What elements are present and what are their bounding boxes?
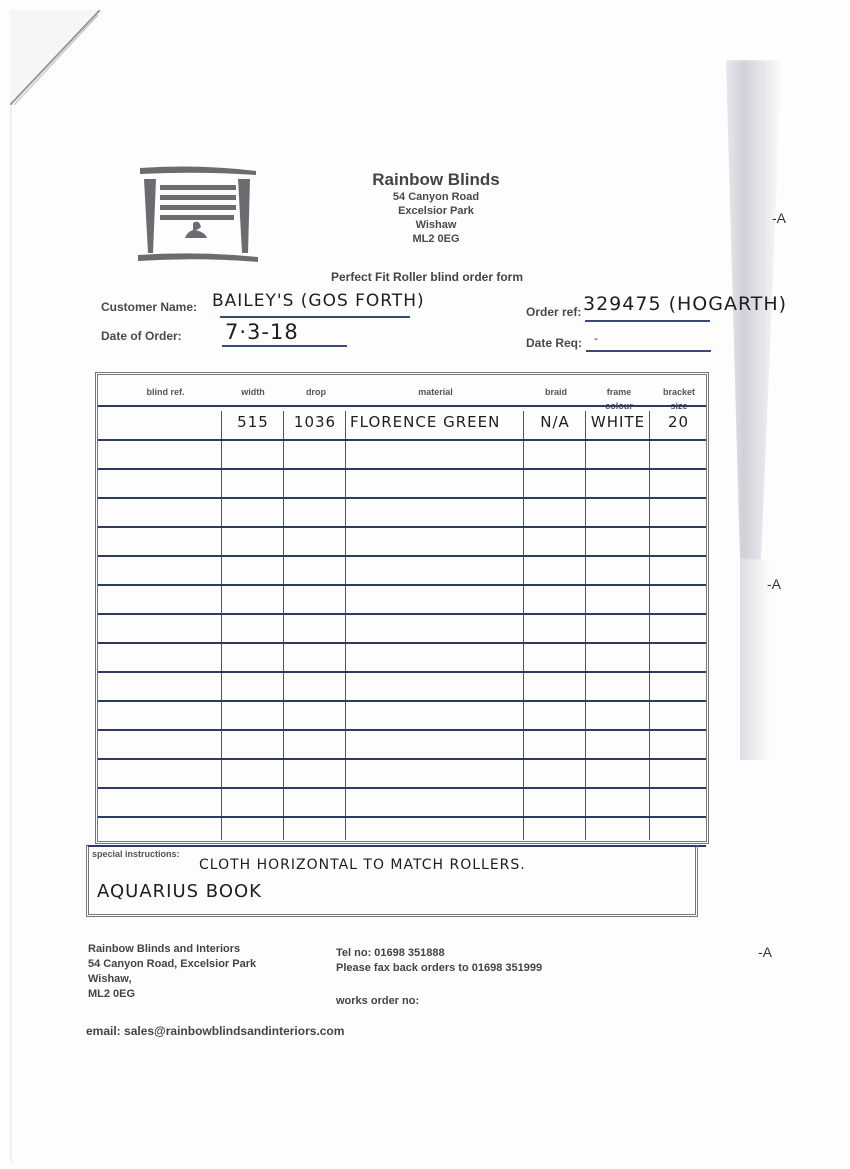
table-cell-width[interactable] (226, 529, 280, 552)
table-cell-material[interactable] (350, 761, 520, 784)
table-cell-material[interactable] (350, 558, 520, 581)
table-cell-blind-ref[interactable] (103, 413, 218, 436)
row-divider (98, 526, 706, 528)
footer-email[interactable]: email: sales@rainbowblindsandinteriors.c… (86, 1024, 344, 1039)
table-cell-width[interactable] (226, 558, 280, 581)
company-address-line: Excelsior Park (336, 204, 536, 218)
table-cell-drop[interactable] (288, 761, 342, 784)
row-divider (98, 468, 706, 470)
folded-corner (10, 10, 100, 105)
header-divider (98, 405, 706, 407)
table-cell-frame-colour[interactable] (590, 645, 646, 668)
table-cell-bracket-size[interactable] (654, 587, 703, 610)
table-cell-braid[interactable] (528, 529, 582, 552)
table-cell-frame-colour[interactable] (590, 587, 646, 610)
column-header-bracket-size: bracket size (654, 385, 704, 413)
margin-mark: -A (767, 576, 781, 592)
table-cell-width[interactable]: 515 (226, 413, 280, 436)
table-cell-drop[interactable]: 1036 (288, 413, 342, 436)
table-cell-material[interactable] (350, 442, 520, 465)
table-cell-drop[interactable] (288, 529, 342, 552)
table-cell-drop[interactable] (288, 500, 342, 523)
table-cell-frame-colour[interactable] (590, 471, 646, 494)
table-cell-braid[interactable] (528, 442, 582, 465)
table-cell-braid[interactable] (528, 819, 582, 842)
table-cell-frame-colour[interactable] (590, 790, 646, 813)
special-instructions-label: special instructions: (92, 849, 180, 859)
table-cell-bracket-size[interactable]: 20 (654, 413, 703, 436)
company-address-line: Wishaw (336, 218, 536, 232)
footer-company-line: Rainbow Blinds and Interiors (88, 942, 256, 957)
table-cell-width[interactable] (226, 819, 280, 842)
table-cell-blind-ref[interactable] (103, 558, 218, 581)
table-cell-bracket-size[interactable] (654, 732, 703, 755)
table-cell-braid[interactable] (528, 790, 582, 813)
table-cell-braid[interactable] (528, 587, 582, 610)
column-header-material: material (348, 385, 523, 399)
table-cell-braid[interactable] (528, 761, 582, 784)
table-cell-blind-ref[interactable] (103, 703, 218, 726)
table-cell-width[interactable] (226, 790, 280, 813)
row-divider (98, 642, 706, 644)
row-divider (98, 787, 706, 789)
table-cell-blind-ref[interactable] (103, 616, 218, 639)
table-cell-width[interactable] (226, 732, 280, 755)
table-cell-material[interactable] (350, 645, 520, 668)
table-cell-bracket-size[interactable] (654, 471, 703, 494)
order-ref-value[interactable]: 329475 (HOGARTH) (583, 293, 787, 315)
table-cell-drop[interactable] (288, 442, 342, 465)
table-cell-width[interactable] (226, 674, 280, 697)
table-cell-braid[interactable]: N/A (528, 413, 582, 436)
table-cell-blind-ref[interactable] (103, 819, 218, 842)
customer-name-underline (220, 316, 410, 318)
table-cell-material[interactable] (350, 732, 520, 755)
table-cell-width[interactable] (226, 703, 280, 726)
table-cell-drop[interactable] (288, 558, 342, 581)
table-cell-material[interactable] (350, 500, 520, 523)
footer-company-line: Wishaw, (88, 972, 256, 987)
table-cell-blind-ref[interactable] (103, 471, 218, 494)
table-cell-frame-colour[interactable] (590, 616, 646, 639)
form-title: Perfect Fit Roller blind order form (331, 270, 523, 284)
page-edge (10, 12, 12, 1162)
special-instructions-line[interactable]: AQUARIUS BOOK (97, 881, 262, 902)
margin-mark: -A (772, 210, 786, 226)
table-cell-drop[interactable] (288, 587, 342, 610)
table-cell-braid[interactable] (528, 471, 582, 494)
column-divider (649, 411, 650, 840)
table-cell-frame-colour[interactable] (590, 500, 646, 523)
table-cell-bracket-size[interactable] (654, 500, 703, 523)
table-cell-frame-colour[interactable] (590, 674, 646, 697)
table-cell-frame-colour[interactable] (590, 703, 646, 726)
table-cell-width[interactable] (226, 442, 280, 465)
table-cell-braid[interactable] (528, 674, 582, 697)
table-cell-material[interactable] (350, 790, 520, 813)
table-cell-bracket-size[interactable] (654, 645, 703, 668)
table-cell-drop[interactable] (288, 819, 342, 842)
table-cell-bracket-size[interactable] (654, 674, 703, 697)
date-of-order-value[interactable]: 7·3-18 (225, 320, 299, 344)
footer-company-line: ML2 0EG (88, 987, 256, 1002)
table-cell-frame-colour[interactable] (590, 558, 646, 581)
table-cell-drop[interactable] (288, 645, 342, 668)
date-of-order-label: Date of Order: (101, 329, 182, 343)
scan-shadow (740, 560, 770, 760)
date-of-order-underline (222, 345, 347, 347)
date-req-label: Date Req: (526, 336, 582, 350)
table-cell-frame-colour[interactable] (590, 761, 646, 784)
table-cell-frame-colour[interactable]: WHITE (590, 413, 646, 436)
table-cell-blind-ref[interactable] (103, 732, 218, 755)
row-divider (98, 816, 706, 818)
table-cell-blind-ref[interactable] (103, 500, 218, 523)
table-cell-drop[interactable] (288, 471, 342, 494)
row-divider (98, 439, 706, 441)
row-divider (98, 584, 706, 586)
table-cell-width[interactable] (226, 761, 280, 784)
table-cell-blind-ref[interactable] (103, 790, 218, 813)
special-instructions-line[interactable]: CLOTH HORIZONTAL TO MATCH ROLLERS. (199, 857, 526, 873)
column-header-drop: drop (286, 385, 346, 399)
table-cell-material[interactable] (350, 703, 520, 726)
table-cell-material[interactable] (350, 819, 520, 842)
table-cell-bracket-size[interactable] (654, 761, 703, 784)
table-cell-width[interactable] (226, 616, 280, 639)
date-req-underline (586, 350, 711, 352)
table-cell-material[interactable] (350, 674, 520, 697)
table-cell-blind-ref[interactable] (103, 761, 218, 784)
company-address-line: ML2 0EG (336, 232, 536, 246)
customer-name-value[interactable]: BAILEY'S (GOS FORTH) (212, 291, 425, 311)
footer-tel: Tel no: 01698 351888 (336, 946, 542, 961)
column-divider (283, 411, 284, 840)
table-cell-material[interactable]: FLORENCE GREEN (350, 413, 520, 436)
special-instructions-box: special instructions: CLOTH HORIZONTAL T… (86, 845, 698, 917)
table-cell-blind-ref[interactable] (103, 442, 218, 465)
column-header-blind-ref: blind ref. (118, 385, 213, 399)
table-cell-frame-colour[interactable] (590, 529, 646, 552)
table-cell-material[interactable] (350, 529, 520, 552)
table-cell-drop[interactable] (288, 616, 342, 639)
column-divider (523, 411, 524, 840)
table-cell-bracket-size[interactable] (654, 819, 703, 842)
row-divider (98, 613, 706, 615)
table-cell-drop[interactable] (288, 674, 342, 697)
table-cell-width[interactable] (226, 645, 280, 668)
table-cell-bracket-size[interactable] (654, 790, 703, 813)
table-cell-braid[interactable] (528, 732, 582, 755)
table-cell-blind-ref[interactable] (103, 587, 218, 610)
order-ref-underline (585, 320, 710, 322)
company-header: Rainbow Blinds 54 Canyon Road Excelsior … (336, 170, 536, 246)
table-cell-frame-colour[interactable] (590, 442, 646, 465)
column-header-frame-colour: frame colour (592, 385, 646, 413)
table-cell-width[interactable] (226, 587, 280, 610)
footer-company-line: 54 Canyon Road, Excelsior Park (88, 957, 256, 972)
table-cell-braid[interactable] (528, 645, 582, 668)
column-divider (345, 411, 346, 840)
customer-name-label: Customer Name: (101, 300, 197, 314)
column-divider (221, 411, 222, 840)
date-req-value[interactable]: - (594, 332, 599, 345)
table-cell-blind-ref[interactable] (103, 529, 218, 552)
table-cell-bracket-size[interactable] (654, 442, 703, 465)
footer-contact: Tel no: 01698 351888 Please fax back ord… (336, 946, 542, 976)
table-cell-frame-colour[interactable] (590, 819, 646, 842)
order-ref-label: Order ref: (526, 305, 581, 319)
row-divider (98, 729, 706, 731)
table-cell-material[interactable] (350, 616, 520, 639)
table-cell-blind-ref[interactable] (103, 645, 218, 668)
table-cell-blind-ref[interactable] (103, 674, 218, 697)
row-divider (98, 758, 706, 760)
company-name: Rainbow Blinds (336, 170, 536, 190)
row-divider (98, 700, 706, 702)
works-order-label: works order no: (336, 994, 419, 1009)
company-logo-icon (138, 165, 258, 265)
table-cell-bracket-size[interactable] (654, 558, 703, 581)
table-cell-braid[interactable] (528, 703, 582, 726)
row-divider (98, 555, 706, 557)
table-cell-bracket-size[interactable] (654, 529, 703, 552)
row-divider (98, 671, 706, 673)
column-header-braid: braid (526, 385, 586, 399)
table-cell-width[interactable] (226, 471, 280, 494)
footer-company-address: Rainbow Blinds and Interiors 54 Canyon R… (88, 942, 256, 1002)
table-cell-drop[interactable] (288, 703, 342, 726)
table-cell-drop[interactable] (288, 790, 342, 813)
footer-fax: Please fax back orders to 01698 351999 (336, 961, 542, 976)
table-cell-braid[interactable] (528, 500, 582, 523)
column-divider (585, 411, 586, 840)
company-address-line: 54 Canyon Road (336, 190, 536, 204)
table-cell-braid[interactable] (528, 558, 582, 581)
table-cell-drop[interactable] (288, 732, 342, 755)
table-cell-braid[interactable] (528, 616, 582, 639)
table-cell-bracket-size[interactable] (654, 616, 703, 639)
table-cell-width[interactable] (226, 500, 280, 523)
table-cell-material[interactable] (350, 471, 520, 494)
margin-mark: -A (758, 944, 772, 960)
table-cell-frame-colour[interactable] (590, 732, 646, 755)
table-cell-material[interactable] (350, 587, 520, 610)
order-table: blind ref. width drop material braid fra… (95, 372, 709, 844)
column-header-width: width (223, 385, 283, 399)
row-divider (98, 497, 706, 499)
table-cell-bracket-size[interactable] (654, 703, 703, 726)
